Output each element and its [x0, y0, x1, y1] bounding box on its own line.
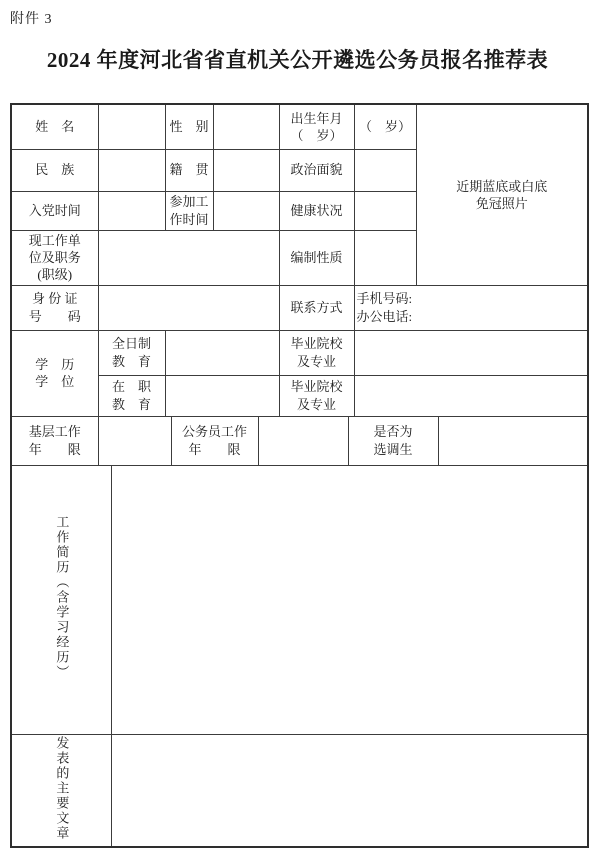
page-title: 2024 年度河北省省直机关公开遴选公务员报名推荐表	[0, 44, 595, 74]
selected-graduate-label: 是否为 选调生	[348, 416, 438, 465]
civil-service-years-label: 公务员工作 年 限	[171, 416, 258, 465]
health-status-input-cell[interactable]	[354, 191, 416, 230]
contact-label: 联系方式	[279, 285, 354, 330]
fulltime-school-label: 毕业院校 及专业	[279, 330, 354, 375]
selected-graduate-input-cell[interactable]	[438, 416, 588, 465]
fulltime-school-input-cell[interactable]	[354, 330, 588, 375]
establishment-type-input-cell[interactable]	[354, 230, 416, 285]
grassroots-years-input-cell[interactable]	[98, 416, 171, 465]
work-resume-label: 工作简历（含学习经历）	[54, 515, 68, 680]
political-status-input-cell[interactable]	[354, 149, 416, 191]
row-fulltime-education: 学 历 学 位 全日制 教 育 毕业院校 及专业	[11, 330, 588, 375]
gender-input-cell[interactable]	[213, 104, 279, 149]
row-onjob-education: 在 职 教 育 毕业院校 及专业	[11, 375, 588, 416]
fulltime-education-label: 全日制 教 育	[98, 330, 165, 375]
onjob-school-input-cell[interactable]	[354, 375, 588, 416]
row-work-resume: 工作简历（含学习经历）	[11, 465, 588, 734]
grassroots-years-label: 基层工作 年 限	[11, 416, 98, 465]
photo-placeholder-cell[interactable]: 近期蓝底或白底 免冠照片	[416, 104, 588, 285]
published-articles-label-cell: 发表的主要文章	[11, 734, 111, 847]
id-number-label: 身 份 证 号 码	[11, 285, 98, 330]
contact-input-cell[interactable]: 手机号码: 办公电话:	[354, 285, 588, 330]
row-id-contact: 身 份 证 号 码 联系方式 手机号码: 办公电话:	[11, 285, 588, 330]
civil-service-years-input-cell[interactable]	[258, 416, 348, 465]
political-status-label: 政治面貌	[279, 149, 354, 191]
birth-age-input-cell[interactable]: （ 岁）	[354, 104, 416, 149]
name-input-cell[interactable]	[98, 104, 165, 149]
published-articles-label: 发表的主要文章	[54, 736, 68, 841]
health-status-label: 健康状况	[279, 191, 354, 230]
row-published-articles: 发表的主要文章	[11, 734, 588, 847]
native-place-input-cell[interactable]	[213, 149, 279, 191]
recommendation-form-table: 姓 名 性 别 出生年月 （ 岁） （ 岁） 近期蓝底或白底 免冠照片 民 族 …	[10, 103, 589, 848]
current-unit-label: 现工作单 位及职务 (职级)	[11, 230, 98, 285]
row-name-gender-birth: 姓 名 性 别 出生年月 （ 岁） （ 岁） 近期蓝底或白底 免冠照片	[11, 104, 588, 149]
work-start-time-label: 参加工 作时间	[165, 191, 213, 230]
name-label: 姓 名	[11, 104, 98, 149]
onjob-education-input-cell[interactable]	[165, 375, 279, 416]
education-degree-label: 学 历 学 位	[11, 330, 98, 416]
work-start-time-input-cell[interactable]	[213, 191, 279, 230]
published-articles-input-cell[interactable]	[111, 734, 588, 847]
ethnicity-input-cell[interactable]	[98, 149, 165, 191]
fulltime-education-input-cell[interactable]	[165, 330, 279, 375]
party-join-time-label: 入党时间	[11, 191, 98, 230]
row-work-years: 基层工作 年 限 公务员工作 年 限 是否为 选调生	[11, 416, 588, 465]
work-resume-input-cell[interactable]	[111, 465, 588, 734]
onjob-school-label: 毕业院校 及专业	[279, 375, 354, 416]
work-resume-label-cell: 工作简历（含学习经历）	[11, 465, 111, 734]
native-place-label: 籍 贯	[165, 149, 213, 191]
id-number-input-cell[interactable]	[98, 285, 279, 330]
party-join-time-input-cell[interactable]	[98, 191, 165, 230]
current-unit-input-cell[interactable]	[98, 230, 279, 285]
gender-label: 性 别	[165, 104, 213, 149]
establishment-type-label: 编制性质	[279, 230, 354, 285]
birth-label: 出生年月 （ 岁）	[279, 104, 354, 149]
attachment-label: 附件 3	[10, 8, 53, 28]
onjob-education-label: 在 职 教 育	[98, 375, 165, 416]
ethnicity-label: 民 族	[11, 149, 98, 191]
